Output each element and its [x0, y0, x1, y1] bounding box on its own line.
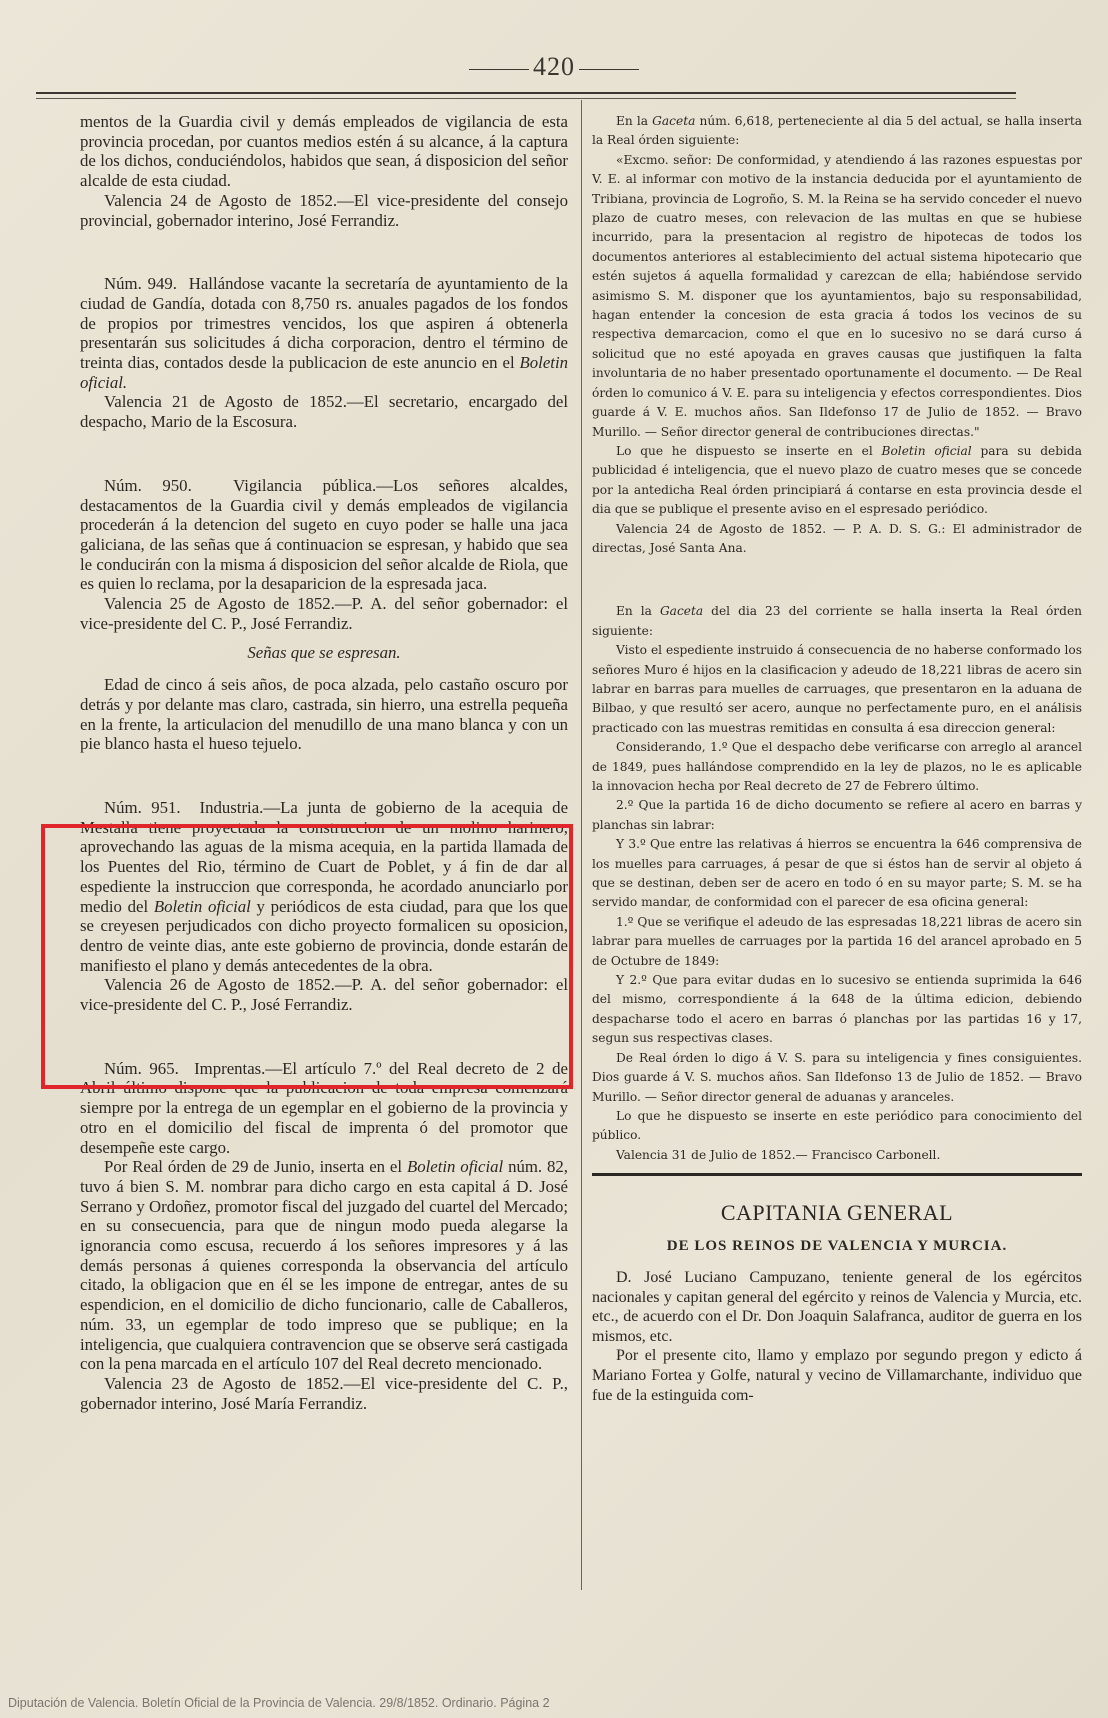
gaceta-23-visto: Visto el espediente instruido á consecue…: [592, 641, 1082, 738]
footer-citation: Diputación de Valencia. Boletín Oficial …: [8, 1696, 550, 1710]
capitania-subheading: DE LOS REINOS DE VALENCIA Y MURCIA.: [592, 1237, 1082, 1256]
notice-950-description: Edad de cinco á seis años, de poca alzad…: [80, 675, 568, 754]
notice-965-paragraph-2: Por Real órden de 29 de Junio, inserta e…: [80, 1157, 568, 1374]
capitania-heading: CAPITANIA GENERAL: [592, 1203, 1082, 1222]
gaceta-6618-intro: En la Gaceta núm. 6,618, perteneciente a…: [592, 112, 1082, 151]
notice-950-subheading: Señas que se espresan.: [80, 643, 568, 663]
notice-951-signature: Valencia 26 de Agosto de 1852.—P. A. del…: [80, 975, 568, 1014]
continuation-notice: mentos de la Guardia civil y demás emple…: [80, 112, 568, 230]
notice-949-body: Núm. 949. Hallándose vacante la secretar…: [80, 274, 568, 392]
gaceta-23-intro: En la Gaceta del dia 23 del corriente se…: [592, 602, 1082, 641]
gaceta-23-closing: De Real órden lo digo á V. S. para su in…: [592, 1049, 1082, 1107]
notice-949-signature: Valencia 21 de Agosto de 1852.—El secret…: [80, 392, 568, 431]
notice-965-body: Núm. 965. Imprentas.—El artículo 7.º del…: [80, 1059, 568, 1158]
page-number-text: 420: [533, 52, 575, 81]
section-rule: [592, 1173, 1082, 1179]
header-rule: [36, 92, 1016, 99]
gaceta-23-considerando-2: 2.º Que la partida 16 de dicho documento…: [592, 796, 1082, 835]
gaceta-23-resolve-1: 1.º Que se verifique el adeudo de las es…: [592, 913, 1082, 971]
gaceta-23-notice: En la Gaceta del dia 23 del corriente se…: [592, 602, 1082, 1165]
continuation-signature: Valencia 24 de Agosto de 1852.—El vice-p…: [80, 191, 568, 230]
page-number-rule-left: [469, 69, 529, 70]
capitania-paragraph-2: Por el presente cito, llamo y emplazo po…: [592, 1346, 1082, 1405]
left-column: mentos de la Guardia civil y demás emple…: [80, 112, 568, 1413]
gaceta-23-considerando-1: Considerando, 1.º Que el despacho debe v…: [592, 738, 1082, 796]
gaceta-23-resolve-2: Y 2.º Que para evitar dudas en lo sucesi…: [592, 971, 1082, 1049]
gaceta-23-signature: Valencia 31 de Julio de 1852.— Francisco…: [592, 1146, 1082, 1165]
notice-965: Núm. 965. Imprentas.—El artículo 7.º del…: [80, 1059, 568, 1414]
gaceta-23-final: Lo que he dispuesto se inserte en este p…: [592, 1107, 1082, 1146]
gaceta-23-considerando-3: Y 3.º Que entre las relativas á hierros …: [592, 835, 1082, 913]
notice-951-body: Núm. 951. Industria.—La junta de gobiern…: [80, 798, 568, 975]
gaceta-6618-signature: Valencia 24 de Agosto de 1852. — P. A. D…: [592, 520, 1082, 559]
gaceta-6618-notice: En la Gaceta núm. 6,618, perteneciente a…: [592, 112, 1082, 558]
column-divider: [581, 100, 582, 1590]
gaceta-6618-quote: «Excmo. señor: De conformidad, y atendie…: [592, 151, 1082, 442]
notice-950: Núm. 950. Vigilancia pública.—Los señore…: [80, 476, 568, 754]
notice-949-number: Núm. 949.: [104, 274, 177, 293]
notice-951-number: Núm. 951.: [104, 798, 181, 817]
gaceta-6618-paragraph-2: Lo que he dispuesto se inserte en el Bol…: [592, 442, 1082, 520]
notice-965-signature: Valencia 23 de Agosto de 1852.—El vice-p…: [80, 1374, 568, 1413]
right-column: En la Gaceta núm. 6,618, perteneciente a…: [592, 112, 1082, 1405]
page-number-rule-right: [579, 69, 639, 70]
capitania-general-section: CAPITANIA GENERAL DE LOS REINOS DE VALEN…: [592, 1203, 1082, 1405]
notice-950-body: Núm. 950. Vigilancia pública.—Los señore…: [80, 476, 568, 594]
continuation-text: mentos de la Guardia civil y demás emple…: [80, 112, 568, 191]
capitania-paragraph-1: D. José Luciano Campuzano, teniente gene…: [592, 1268, 1082, 1346]
page-number: 420: [0, 52, 1108, 82]
notice-949: Núm. 949. Hallándose vacante la secretar…: [80, 274, 568, 432]
notice-965-number: Núm. 965.: [104, 1059, 179, 1078]
notice-950-signature: Valencia 25 de Agosto de 1852.—P. A. del…: [80, 594, 568, 633]
notice-950-number: Núm. 950.: [104, 476, 192, 495]
notice-951: Núm. 951. Industria.—La junta de gobiern…: [80, 798, 568, 1015]
